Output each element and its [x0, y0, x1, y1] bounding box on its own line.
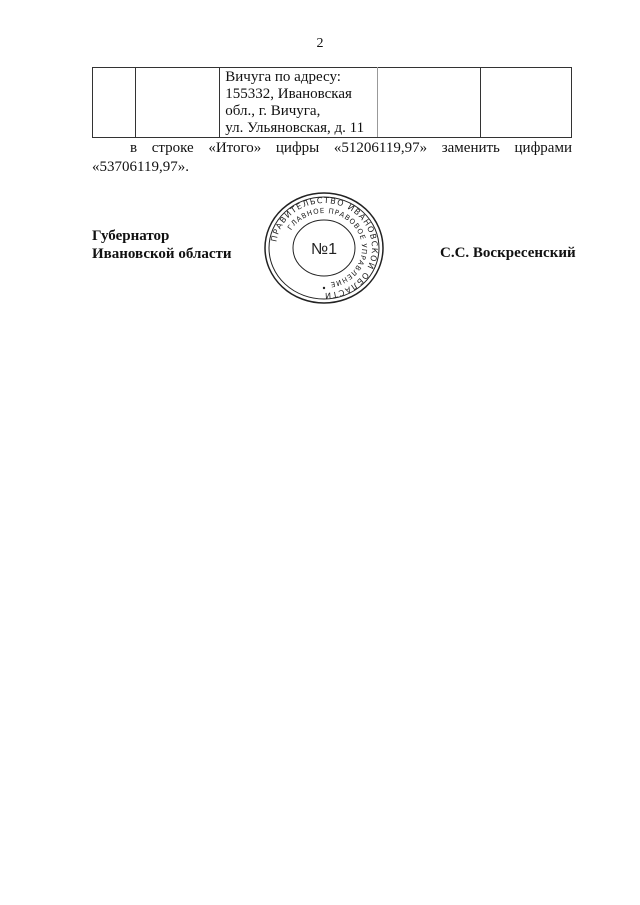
signatory-title-line: Губернатор: [92, 227, 232, 245]
amendment-word: цифрами: [515, 139, 572, 158]
signatory-title-line: Ивановской области: [92, 245, 232, 263]
address-line: Вичуга по адресу:: [225, 69, 371, 86]
table-cell: [136, 68, 220, 138]
amendment-word: «51206119,97»: [334, 139, 427, 158]
page-number: 2: [0, 36, 640, 52]
amendment-word: цифры: [276, 139, 319, 158]
amendment-word: в: [130, 139, 137, 158]
table-cell: [93, 68, 136, 138]
signatory-title: Губернатор Ивановской области: [92, 227, 232, 263]
seal-number: №1: [311, 241, 337, 258]
amendment-word: заменить: [442, 139, 500, 158]
address-line: 155332, Ивановская: [225, 86, 371, 103]
table-cell: [480, 68, 571, 138]
amendment-word: строке: [152, 139, 194, 158]
signatory-name: С.С. Воскресенский: [440, 244, 576, 262]
table-row: Вичуга по адресу: 155332, Ивановская обл…: [93, 68, 572, 138]
document-table: Вичуга по адресу: 155332, Ивановская обл…: [92, 67, 572, 138]
amendment-line-2: «53706119,97».: [92, 158, 572, 177]
amendment-line-1: в строке «Итого» цифры «51206119,97» зам…: [92, 139, 572, 158]
table-cell-address: Вичуга по адресу: 155332, Ивановская обл…: [220, 68, 377, 138]
address-line: ул. Ульяновская, д. 11: [225, 120, 371, 137]
table-cell: [377, 68, 480, 138]
address-line: обл., г. Вичуга,: [225, 103, 371, 120]
amendment-word: «Итого»: [208, 139, 261, 158]
official-seal-stamp: ПРАВИТЕЛЬСТВО ИВАНОВСКОЙ ОБЛАСТИ ГЛАВНОЕ…: [262, 190, 386, 306]
amendment-paragraph: в строке «Итого» цифры «51206119,97» зам…: [92, 139, 572, 177]
seal-graphic: ПРАВИТЕЛЬСТВО ИВАНОВСКОЙ ОБЛАСТИ ГЛАВНОЕ…: [262, 190, 386, 306]
